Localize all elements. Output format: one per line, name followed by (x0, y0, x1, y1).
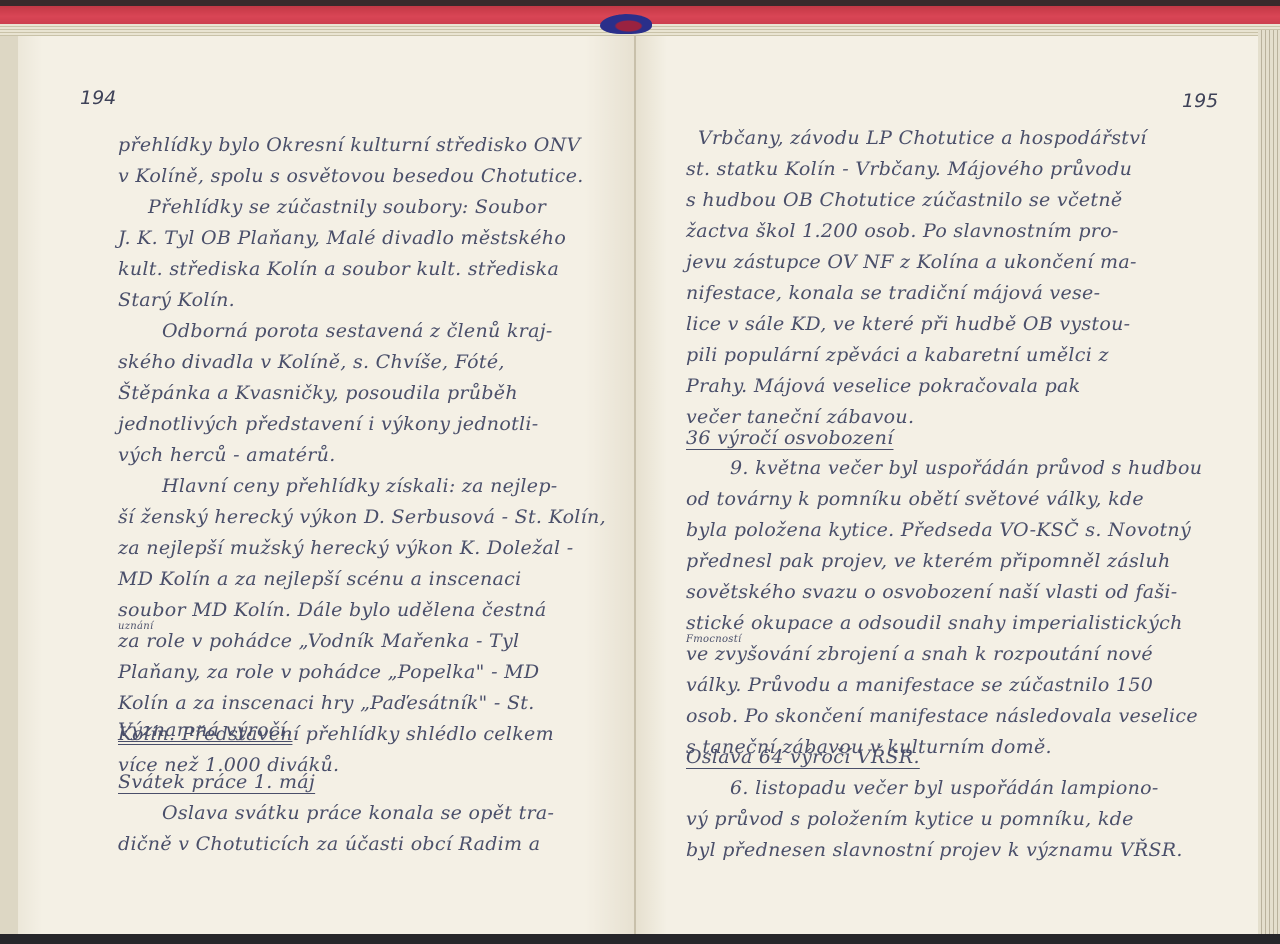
text-line: Odborná porota sestavená z členů kraj- (118, 316, 618, 347)
text-line: za nejlepší mužský herecký výkon K. Dole… (118, 533, 618, 564)
text-line: Štěpánka a Kvasničky, posoudila průběh (118, 378, 618, 409)
october-revolution-text: 6. listopadu večer byl uspořádán lampion… (686, 773, 1206, 866)
heading-labor-day: Svátek práce 1. máj (118, 767, 315, 798)
text-line: s hudbou OB Chotutice zúčastnilo se včet… (686, 185, 1206, 216)
text-line: Hlavní ceny přehlídky získali: za nejlep… (118, 471, 618, 502)
heading-liberation-anniversary: 36 výročí osvobození (686, 423, 894, 454)
bookmark-ribbon[interactable] (600, 14, 652, 34)
text-line: války. Průvodu a manifestace se zúčastni… (686, 670, 1206, 701)
text-line: ve zvyšování zbrojení a snah k rozpoután… (686, 639, 1206, 670)
text-line: ského divadla v Kolíně, s. Chvíše, Fóté, (118, 347, 618, 378)
text-line: Plaňany, za role v pohádce „Popelka" - M… (118, 657, 618, 688)
text-line: lice v sále KD, ve které při hudbě OB vy… (686, 309, 1206, 340)
text-line: jednotlivých představení i výkony jednot… (118, 409, 618, 440)
liberation-text: 9. května večer byl uspořádán průvod s h… (686, 453, 1206, 763)
text-line: přednesl pak projev, ve kterém připomněl… (686, 546, 1206, 577)
text-line: 6. listopadu večer byl uspořádán lampion… (686, 773, 1206, 804)
text-line: osob. Po skončení manifestace následoval… (686, 701, 1206, 732)
text-line: pili populární zpěváci a kabaretní umělc… (686, 340, 1206, 371)
text-line: jevu zástupce OV NF z Kolína a ukončení … (686, 247, 1206, 278)
text-line: Oslava svátku práce konala se opět tra- (118, 798, 618, 829)
right-page-text: Vrbčany, závodu LP Chotutice a hospodářs… (686, 123, 1206, 433)
text-line: 9. května večer byl uspořádán průvod s h… (686, 453, 1206, 484)
text-line: soubor MD Kolín. Dále bylo udělena čestn… (118, 595, 618, 626)
text-line: st. statku Kolín - Vrbčany. Májového prů… (686, 154, 1206, 185)
heading-significant-anniversaries: Významná výročí. (118, 715, 292, 746)
text-line: sovětského svazu o osvobození naší vlast… (686, 577, 1206, 608)
heading-october-revolution: Oslava 64 výročí VŘSR. (686, 742, 920, 773)
book-gutter (634, 36, 636, 934)
right-page-number: 195 (1182, 90, 1218, 112)
text-line: Přehlídky se zúčastnily soubory: Soubor (118, 192, 618, 223)
text-line: MD Kolín a za nejlepší scénu a inscenaci (118, 564, 618, 595)
text-line: nifestace, konala se tradiční májová ves… (686, 278, 1206, 309)
text-line: Starý Kolín. (118, 285, 618, 316)
text-line: Prahy. Májová veselice pokračovala pak (686, 371, 1206, 402)
left-page-text: přehlídky bylo Okresní kulturní středisk… (118, 130, 618, 781)
labor-day-text: Oslava svátku práce konala se opět tra- … (118, 798, 618, 860)
text-line: dičně v Chotuticích za účasti obcí Radim… (118, 829, 618, 860)
text-line: za role v pohádce „Vodník Mařenka - Tyl (118, 626, 618, 657)
text-line: vý průvod s položením kytice u pomníku, … (686, 804, 1206, 835)
text-line: ší ženský herecký výkon D. Serbusová - S… (118, 502, 618, 533)
background-edge (0, 0, 1280, 6)
text-line: v Kolíně, spolu s osvětovou besedou Chot… (118, 161, 618, 192)
text-line: žactva škol 1.200 osob. Po slavnostním p… (686, 216, 1206, 247)
text-line: J. K. Tyl OB Plaňany, Malé divadlo městs… (118, 223, 618, 254)
background-bottom (0, 934, 1280, 944)
text-line: vých herců - amatérů. (118, 440, 618, 471)
page-edges-right (1258, 30, 1280, 934)
text-line: kult. střediska Kolín a soubor kult. stř… (118, 254, 618, 285)
text-line: byla položena kytice. Předseda VO-KSČ s.… (686, 515, 1206, 546)
text-line: od továrny k pomníku obětí světové války… (686, 484, 1206, 515)
text-line: stické okupace a odsoudil snahy imperial… (686, 608, 1206, 639)
text-line: Vrbčany, závodu LP Chotutice a hospodářs… (686, 123, 1206, 154)
text-line: přehlídky bylo Okresní kulturní středisk… (118, 130, 618, 161)
left-page-number: 194 (80, 87, 116, 109)
text-line: byl přednesen slavnostní projev k význam… (686, 835, 1206, 866)
